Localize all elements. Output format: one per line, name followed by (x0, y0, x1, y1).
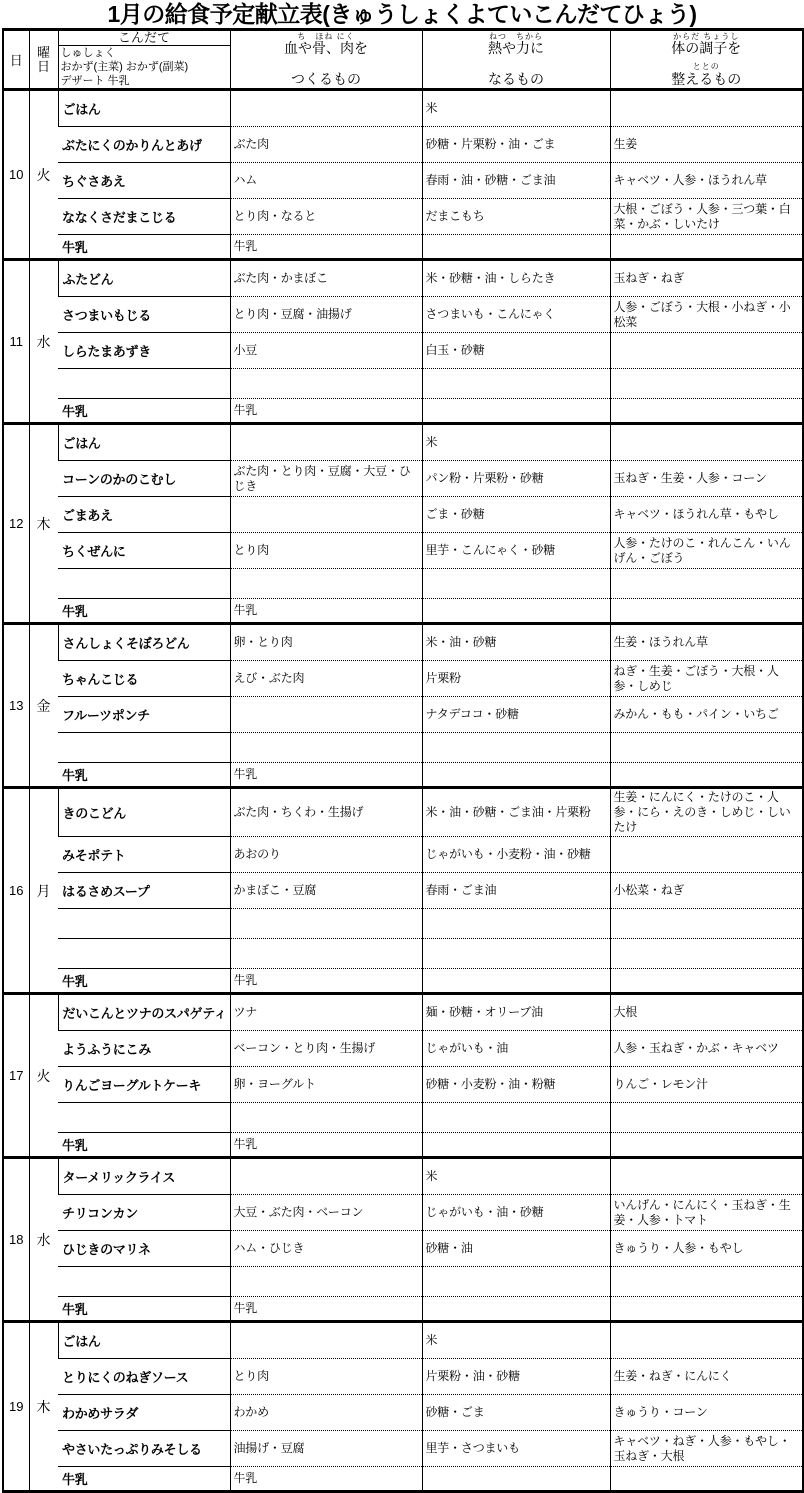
table-row: 牛乳牛乳 (3, 1467, 803, 1492)
header-protein-title: 血や骨、肉を (231, 41, 422, 56)
body-cell (610, 235, 803, 260)
header-day-label: 日 (10, 53, 23, 68)
table-row: りんごヨーグルトケーキ卵・ヨーグルト砂糖・小麦粉・油・粉糖りんご・レモン汁 (3, 1067, 803, 1103)
energy-cell: 春雨・ごま油 (422, 873, 610, 909)
menu-cell: コーンのかのこむし (58, 461, 230, 497)
body-cell: 生姜・ほうれん草 (610, 624, 803, 661)
table-row: 牛乳牛乳 (3, 1133, 803, 1158)
weekday-cell: 火 (29, 90, 58, 260)
body-cell: キャベツ・ねぎ・人参・もやし・玉ねぎ・大根 (610, 1431, 803, 1467)
menu-cell: さんしょくそぼろどん (58, 624, 230, 661)
protein-cell (230, 939, 422, 969)
body-cell: キャベツ・ほうれん草・もやし (610, 497, 803, 533)
header-menu-title: こんだて (59, 31, 230, 46)
energy-cell: 砂糖・片栗粉・油・ごま (422, 127, 610, 163)
table-row: 牛乳牛乳 (3, 599, 803, 624)
energy-cell: 米 (422, 424, 610, 461)
table-row: ななくさだまこじるとり肉・なるとだまこもち大根・ごぼう・人参・三つ葉・白菜・かぶ… (3, 199, 803, 235)
body-cell (610, 399, 803, 424)
energy-cell (422, 733, 610, 763)
body-cell (610, 424, 803, 461)
menu-cell: ごまあえ (58, 497, 230, 533)
table-row: 牛乳牛乳 (3, 399, 803, 424)
energy-cell: じゃがいも・油 (422, 1031, 610, 1067)
menu-cell: チリコンカン (58, 1195, 230, 1231)
table-row: 牛乳牛乳 (3, 763, 803, 788)
menu-cell: だいこんとツナのスパゲティ (58, 994, 230, 1031)
body-cell (610, 369, 803, 399)
table-row (3, 1267, 803, 1297)
header-body-title: 体の調子を (611, 41, 803, 56)
protein-cell: あおのり (230, 837, 422, 873)
energy-cell: 米・砂糖・油・しらたき (422, 260, 610, 297)
menu-cell: 牛乳 (58, 969, 230, 994)
protein-cell (230, 1267, 422, 1297)
energy-cell: 米・油・砂糖 (422, 624, 610, 661)
protein-cell: かまぼこ・豆腐 (230, 873, 422, 909)
energy-cell: 砂糖・油 (422, 1231, 610, 1267)
menu-cell: ごはん (58, 90, 230, 127)
protein-cell (230, 697, 422, 733)
date-cell: 11 (3, 260, 29, 424)
protein-cell: 卵・とり肉 (230, 624, 422, 661)
protein-cell: 牛乳 (230, 1133, 422, 1158)
body-cell (610, 1103, 803, 1133)
header-menu-line-2: おかず(主菜) おかず(副菜) (59, 60, 230, 74)
table-header: 日 曜日 こんだて しゅしょく おかず(主菜) おかず(副菜) デザート 牛乳 … (3, 30, 803, 90)
table-row: ちゃんこじるえび・ぶた肉片栗粉ねぎ・生姜・ごぼう・大根・人参・しめじ (3, 661, 803, 697)
menu-cell: ひじきのマリネ (58, 1231, 230, 1267)
protein-cell (230, 1322, 422, 1359)
body-cell (610, 333, 803, 369)
date-cell: 19 (3, 1322, 29, 1492)
energy-cell (422, 969, 610, 994)
menu-cell (58, 569, 230, 599)
body-cell (610, 939, 803, 969)
menu-cell (58, 369, 230, 399)
table-row: はるさめスープかまぼこ・豆腐春雨・ごま油小松菜・ねぎ (3, 873, 803, 909)
header-protein-cell: ち ほね にく 血や骨、肉を つくるもの (230, 30, 422, 90)
protein-cell: わかめ (230, 1395, 422, 1431)
protein-cell (230, 909, 422, 939)
energy-cell: 米 (422, 1322, 610, 1359)
body-cell: 生姜・にんにく・たけのこ・人参・にら・えのき・しめじ・しいたけ (610, 788, 803, 837)
table-row (3, 1103, 803, 1133)
menu-cell: やさいたっぷりみそしる (58, 1431, 230, 1467)
energy-cell (422, 1467, 610, 1492)
date-cell: 10 (3, 90, 29, 260)
header-energy-title: 熱や力に (423, 41, 610, 56)
body-cell: 玉ねぎ・生姜・人参・コーン (610, 461, 803, 497)
menu-cell: ようふうにこみ (58, 1031, 230, 1067)
table-row: ごまあえごま・砂糖キャベツ・ほうれん草・もやし (3, 497, 803, 533)
body-cell: 小松菜・ねぎ (610, 873, 803, 909)
protein-cell (230, 90, 422, 127)
weekday-cell: 水 (29, 260, 58, 424)
menu-cell: みそポテト (58, 837, 230, 873)
menu-cell: ごはん (58, 424, 230, 461)
menu-cell: ごはん (58, 1322, 230, 1359)
protein-cell: えび・ぶた肉 (230, 661, 422, 697)
header-menu-line-1: しゅしょく (59, 46, 230, 60)
protein-cell: ベーコン・とり肉・生揚げ (230, 1031, 422, 1067)
table-row: 16月きのこどんぶた肉・ちくわ・生揚げ米・油・砂糖・ごま油・片栗粉生姜・にんにく… (3, 788, 803, 837)
menu-cell: りんごヨーグルトケーキ (58, 1067, 230, 1103)
protein-cell (230, 569, 422, 599)
energy-cell: 麺・砂糖・オリーブ油 (422, 994, 610, 1031)
table-row: しらたまあずき小豆白玉・砂糖 (3, 333, 803, 369)
body-cell (610, 1322, 803, 1359)
table-row: やさいたっぷりみそしる油揚げ・豆腐里芋・さつまいもキャベツ・ねぎ・人参・もやし・… (3, 1431, 803, 1467)
table-row: ちぐさあえハム春雨・油・砂糖・ごま油キャベツ・人参・ほうれん草 (3, 163, 803, 199)
menu-cell: さつまいもじる (58, 297, 230, 333)
header-day-cell: 日 (3, 30, 29, 90)
table-row (3, 569, 803, 599)
menu-cell: ぶたにくのかりんとあげ (58, 127, 230, 163)
body-cell: 生姜・ねぎ・にんにく (610, 1359, 803, 1395)
protein-cell (230, 1103, 422, 1133)
protein-cell: ハム・ひじき (230, 1231, 422, 1267)
menu-cell: ふたどん (58, 260, 230, 297)
energy-cell: 白玉・砂糖 (422, 333, 610, 369)
header-weekday-cell: 曜日 (29, 30, 58, 90)
energy-cell (422, 1267, 610, 1297)
protein-cell: 大豆・ぶた肉・ベーコン (230, 1195, 422, 1231)
protein-cell: 牛乳 (230, 763, 422, 788)
protein-cell: 油揚げ・豆腐 (230, 1431, 422, 1467)
lunch-menu-table: 日 曜日 こんだて しゅしょく おかず(主菜) おかず(副菜) デザート 牛乳 … (2, 28, 804, 1493)
protein-cell (230, 1158, 422, 1195)
menu-cell: 牛乳 (58, 599, 230, 624)
header-protein-subtitle: つくるもの (231, 71, 422, 88)
table-body: 10火ごはん米ぶたにくのかりんとあげぶた肉砂糖・片栗粉・油・ごま生姜ちぐさあえハ… (3, 90, 803, 1492)
body-cell: いんげん・にんにく・玉ねぎ・生姜・人参・トマト (610, 1195, 803, 1231)
energy-cell: 春雨・油・砂糖・ごま油 (422, 163, 610, 199)
table-row (3, 939, 803, 969)
date-cell: 16 (3, 788, 29, 994)
body-cell (610, 569, 803, 599)
menu-cell: 牛乳 (58, 235, 230, 260)
table-row: ようふうにこみベーコン・とり肉・生揚げじゃがいも・油人参・玉ねぎ・かぶ・キャベツ (3, 1031, 803, 1067)
body-cell: りんご・レモン汁 (610, 1067, 803, 1103)
energy-cell: 里芋・こんにゃく・砂糖 (422, 533, 610, 569)
protein-cell: 卵・ヨーグルト (230, 1067, 422, 1103)
body-cell: 生姜 (610, 127, 803, 163)
energy-cell: ナタデココ・砂糖 (422, 697, 610, 733)
menu-cell: はるさめスープ (58, 873, 230, 909)
table-row: 牛乳牛乳 (3, 1297, 803, 1322)
header-menu-cell: こんだて しゅしょく おかず(主菜) おかず(副菜) デザート 牛乳 (58, 30, 230, 90)
protein-cell (230, 424, 422, 461)
energy-cell (422, 1297, 610, 1322)
body-cell (610, 1267, 803, 1297)
menu-cell: きのこどん (58, 788, 230, 837)
body-cell (610, 837, 803, 873)
menu-cell: ななくさだまこじる (58, 199, 230, 235)
protein-cell: とり肉・豆腐・油揚げ (230, 297, 422, 333)
energy-cell (422, 1133, 610, 1158)
header-energy-subtitle: なるもの (423, 71, 610, 88)
table-row (3, 909, 803, 939)
table-row: ちくぜんにとり肉里芋・こんにゃく・砂糖人参・たけのこ・れんこん・いんげん・ごぼう (3, 533, 803, 569)
energy-cell: 里芋・さつまいも (422, 1431, 610, 1467)
page-title: 1月の給食予定献立表(きゅうしょくよていこんだてひょう) (0, 0, 804, 28)
energy-cell (422, 399, 610, 424)
table-row: 10火ごはん米 (3, 90, 803, 127)
table-row (3, 733, 803, 763)
date-cell: 13 (3, 624, 29, 788)
energy-cell (422, 763, 610, 788)
menu-cell: 牛乳 (58, 1297, 230, 1322)
body-cell (610, 763, 803, 788)
protein-cell: ぶた肉・かまぼこ (230, 260, 422, 297)
body-cell (610, 733, 803, 763)
body-cell (610, 909, 803, 939)
header-weekday-label: 曜日 (36, 46, 52, 74)
menu-cell: ちぐさあえ (58, 163, 230, 199)
table-row: 牛乳牛乳 (3, 969, 803, 994)
energy-cell (422, 369, 610, 399)
menu-cell: ターメリックライス (58, 1158, 230, 1195)
table-row: 13金さんしょくそぼろどん卵・とり肉米・油・砂糖生姜・ほうれん草 (3, 624, 803, 661)
table-row: チリコンカン大豆・ぶた肉・ベーコンじゃがいも・油・砂糖いんげん・にんにく・玉ねぎ… (3, 1195, 803, 1231)
protein-cell: 小豆 (230, 333, 422, 369)
energy-cell: じゃがいも・小麦粉・油・砂糖 (422, 837, 610, 873)
energy-cell: 米・油・砂糖・ごま油・片栗粉 (422, 788, 610, 837)
protein-cell: 牛乳 (230, 1467, 422, 1492)
body-cell (610, 969, 803, 994)
table-row: 19木ごはん米 (3, 1322, 803, 1359)
body-cell: 大根・ごぼう・人参・三つ葉・白菜・かぶ・しいたけ (610, 199, 803, 235)
protein-cell (230, 733, 422, 763)
energy-cell: 米 (422, 1158, 610, 1195)
protein-cell: 牛乳 (230, 1297, 422, 1322)
menu-cell (58, 1103, 230, 1133)
menu-cell: 牛乳 (58, 1133, 230, 1158)
protein-cell: ぶた肉・とり肉・豆腐・大豆・ひじき (230, 461, 422, 497)
table-row: 18水ターメリックライス米 (3, 1158, 803, 1195)
body-cell (610, 1158, 803, 1195)
lunch-menu-page: 1月の給食予定献立表(きゅうしょくよていこんだてひょう) 日 曜日 こんだて し… (0, 0, 804, 1493)
header-menu-line-3: デザート 牛乳 (59, 74, 230, 88)
body-cell (610, 1133, 803, 1158)
energy-cell: ごま・砂糖 (422, 497, 610, 533)
body-cell: 大根 (610, 994, 803, 1031)
protein-cell: ぶた肉 (230, 127, 422, 163)
table-row: 11水ふたどんぶた肉・かまぼこ米・砂糖・油・しらたき玉ねぎ・ねぎ (3, 260, 803, 297)
protein-cell: ツナ (230, 994, 422, 1031)
protein-cell: 牛乳 (230, 599, 422, 624)
protein-cell: とり肉 (230, 533, 422, 569)
weekday-cell: 木 (29, 424, 58, 624)
table-row: ひじきのマリネハム・ひじき砂糖・油きゅうり・人参・もやし (3, 1231, 803, 1267)
weekday-cell: 火 (29, 994, 58, 1158)
protein-cell: 牛乳 (230, 969, 422, 994)
body-cell: 人参・玉ねぎ・かぶ・キャベツ (610, 1031, 803, 1067)
body-cell (610, 1297, 803, 1322)
table-row: ぶたにくのかりんとあげぶた肉砂糖・片栗粉・油・ごま生姜 (3, 127, 803, 163)
header-body-subtitle: 整えるもの (611, 71, 803, 88)
energy-cell: だまこもち (422, 199, 610, 235)
energy-cell (422, 235, 610, 260)
body-cell: 人参・ごぼう・大根・小ねぎ・小松菜 (610, 297, 803, 333)
menu-cell: 牛乳 (58, 399, 230, 424)
protein-cell: とり肉・なると (230, 199, 422, 235)
body-cell: 人参・たけのこ・れんこん・いんげん・ごぼう (610, 533, 803, 569)
table-row (3, 369, 803, 399)
menu-cell (58, 1267, 230, 1297)
table-row: わかめサラダわかめ砂糖・ごまきゅうり・コーン (3, 1395, 803, 1431)
table-row: 牛乳牛乳 (3, 235, 803, 260)
table-row: とりにくのねぎソースとり肉片栗粉・油・砂糖生姜・ねぎ・にんにく (3, 1359, 803, 1395)
table-row: 17火だいこんとツナのスパゲティツナ麺・砂糖・オリーブ油大根 (3, 994, 803, 1031)
protein-cell: 牛乳 (230, 399, 422, 424)
body-cell (610, 1467, 803, 1492)
protein-cell (230, 497, 422, 533)
body-cell (610, 599, 803, 624)
body-cell: きゅうり・人参・もやし (610, 1231, 803, 1267)
date-cell: 18 (3, 1158, 29, 1322)
protein-cell: ハム (230, 163, 422, 199)
menu-cell: しらたまあずき (58, 333, 230, 369)
energy-cell (422, 909, 610, 939)
protein-cell: とり肉 (230, 1359, 422, 1395)
weekday-cell: 金 (29, 624, 58, 788)
menu-cell (58, 733, 230, 763)
energy-cell (422, 939, 610, 969)
date-cell: 17 (3, 994, 29, 1158)
menu-cell: 牛乳 (58, 1467, 230, 1492)
energy-cell: 砂糖・小麦粉・油・粉糖 (422, 1067, 610, 1103)
menu-cell (58, 939, 230, 969)
energy-cell: パン粉・片栗粉・砂糖 (422, 461, 610, 497)
body-cell: ねぎ・生姜・ごぼう・大根・人参・しめじ (610, 661, 803, 697)
energy-cell (422, 569, 610, 599)
menu-cell: とりにくのねぎソース (58, 1359, 230, 1395)
energy-cell: 米 (422, 90, 610, 127)
table-row: コーンのかのこむしぶた肉・とり肉・豆腐・大豆・ひじきパン粉・片栗粉・砂糖玉ねぎ・… (3, 461, 803, 497)
protein-cell: 牛乳 (230, 235, 422, 260)
energy-cell: 砂糖・ごま (422, 1395, 610, 1431)
body-cell: キャベツ・人参・ほうれん草 (610, 163, 803, 199)
weekday-cell: 木 (29, 1322, 58, 1492)
date-cell: 12 (3, 424, 29, 624)
energy-cell (422, 599, 610, 624)
energy-cell: 片栗粉 (422, 661, 610, 697)
energy-cell (422, 1103, 610, 1133)
energy-cell: じゃがいも・油・砂糖 (422, 1195, 610, 1231)
header-body-subtitle-furigana: ととの (611, 61, 803, 71)
energy-cell: 片栗粉・油・砂糖 (422, 1359, 610, 1395)
protein-cell: ぶた肉・ちくわ・生揚げ (230, 788, 422, 837)
protein-cell (230, 369, 422, 399)
menu-cell: 牛乳 (58, 763, 230, 788)
menu-cell: わかめサラダ (58, 1395, 230, 1431)
header-body-cell: からだ ちょうし 体の調子を ととの 整えるもの (610, 30, 803, 90)
table-row: さつまいもじるとり肉・豆腐・油揚げさつまいも・こんにゃく人参・ごぼう・大根・小ね… (3, 297, 803, 333)
header-energy-cell: ねつ ちから 熱や力に なるもの (422, 30, 610, 90)
table-row: 12木ごはん米 (3, 424, 803, 461)
table-row: フルーツポンチナタデココ・砂糖みかん・もも・パイン・いちご (3, 697, 803, 733)
weekday-cell: 水 (29, 1158, 58, 1322)
menu-cell: ちくぜんに (58, 533, 230, 569)
menu-cell: フルーツポンチ (58, 697, 230, 733)
weekday-cell: 月 (29, 788, 58, 994)
energy-cell: さつまいも・こんにゃく (422, 297, 610, 333)
table-row: みそポテトあおのりじゃがいも・小麦粉・油・砂糖 (3, 837, 803, 873)
menu-cell: ちゃんこじる (58, 661, 230, 697)
menu-cell (58, 909, 230, 939)
body-cell: みかん・もも・パイン・いちご (610, 697, 803, 733)
body-cell: きゅうり・コーン (610, 1395, 803, 1431)
body-cell (610, 90, 803, 127)
body-cell: 玉ねぎ・ねぎ (610, 260, 803, 297)
